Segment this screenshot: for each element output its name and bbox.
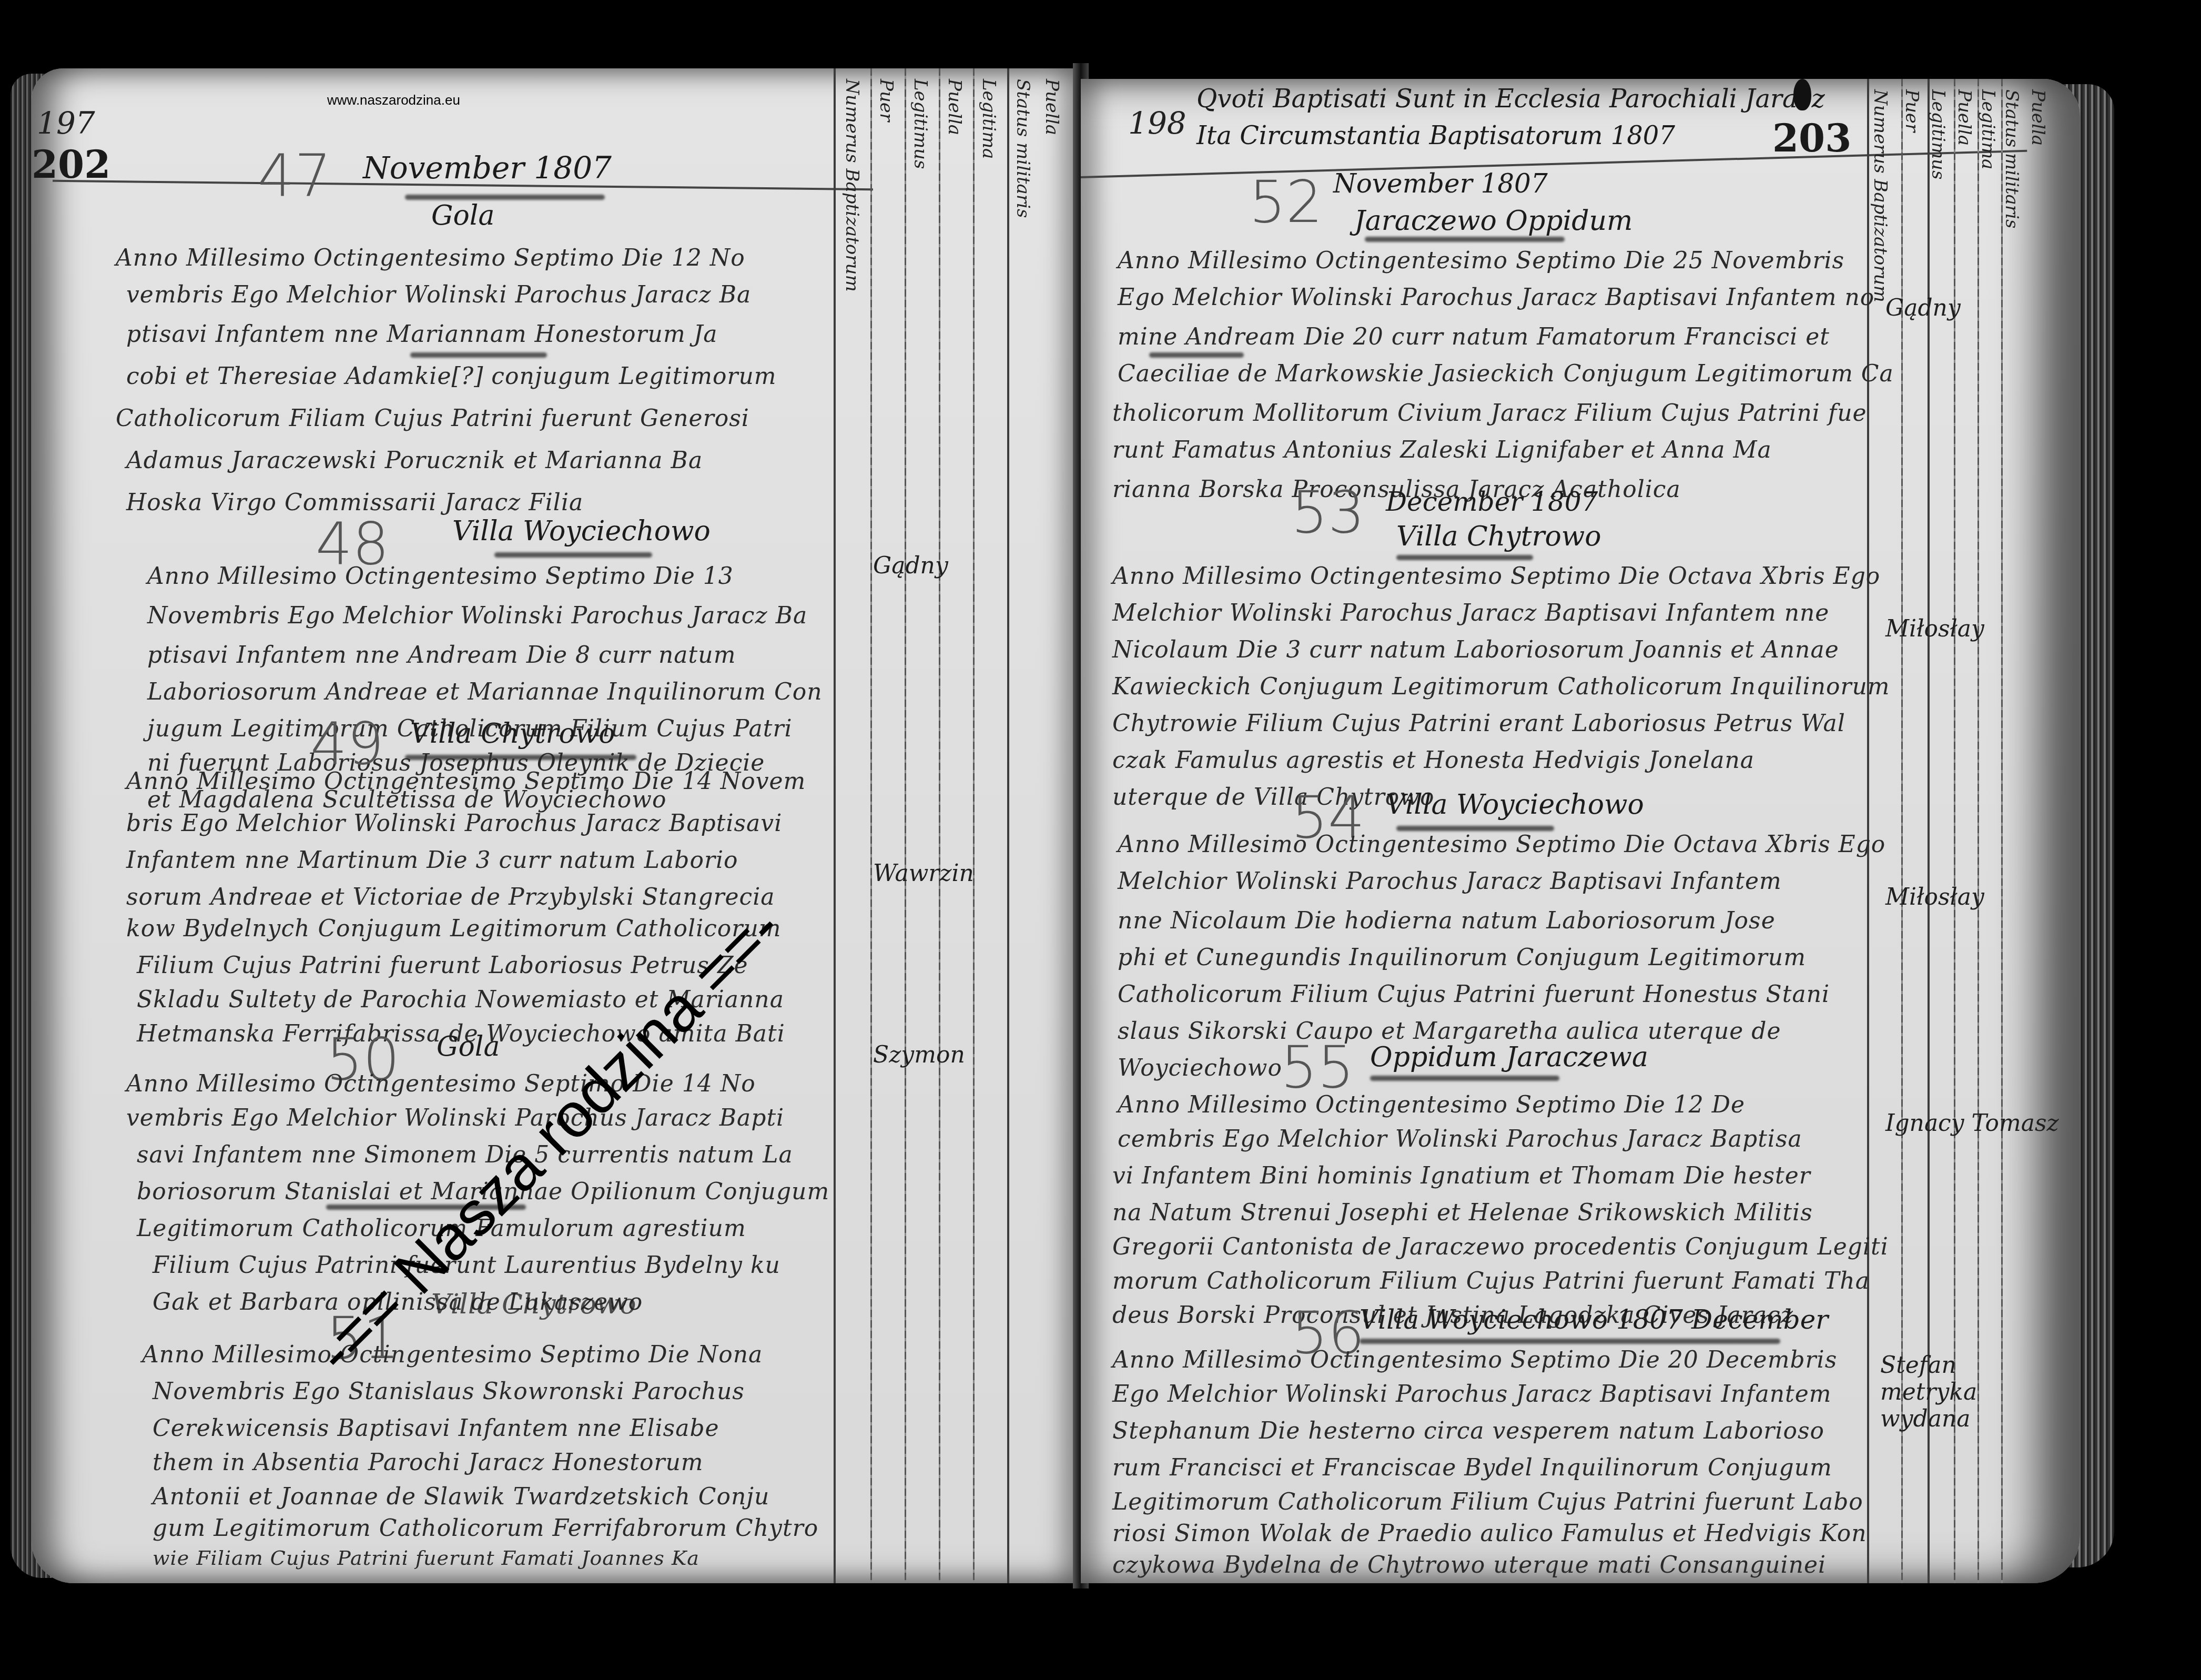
margin-name: Miłosłay: [1885, 884, 1984, 910]
entry-heading: December 1807: [1386, 487, 1598, 517]
entry-line: runt Famatus Antonius Zaleski Lignifaber…: [1112, 437, 1772, 463]
underline: [410, 352, 547, 358]
entry-place: Gola: [437, 1031, 500, 1062]
entry-line: Adamus Jaraczewski Porucznik et Marianna…: [126, 447, 703, 474]
entry-line: Anno Millesimo Octingentesimo Septimo Di…: [1112, 1347, 1837, 1373]
page-title-line-2: Ita Circumstantia Baptisatorum 1807: [1196, 121, 1675, 150]
register-scan: Numerus Baptizatorum Puer Legitimus Puel…: [0, 0, 2201, 1680]
entry-line: Anno Millesimo Octingentesimo Septimo Di…: [142, 1341, 763, 1368]
entry-line: Anno Millesimo Octingentesimo Septimo Di…: [1118, 831, 1885, 858]
margin-name: Wawrzin: [873, 860, 974, 887]
entry-line: czak Famulus agrestis et Honesta Hedvigi…: [1112, 747, 1754, 774]
entry-line: Chytrowie Filium Cujus Patrini erant Lab…: [1112, 710, 1845, 737]
entry-line: vembris Ego Melchior Wolinski Parochus J…: [126, 1105, 784, 1131]
entry-line: Melchior Wolinski Parochus Jaracz Baptis…: [1118, 868, 1782, 895]
entry-line: Antonii et Joannae de Slawik Twardzetski…: [153, 1483, 769, 1510]
underline: [405, 755, 636, 760]
margin-name: Gądny: [873, 552, 948, 579]
entry-place: Jaraczewo Oppidum: [1354, 205, 1632, 237]
entry-line: ptisavi Infantem nne Andream Die 8 curr …: [147, 642, 736, 669]
column-header: Status militaris: [1012, 79, 1033, 218]
entry-line: Anno Millesimo Octingentesimo Septimo Di…: [1118, 247, 1844, 274]
margin-name: Stefan metryka wydana: [1880, 1352, 1996, 1432]
column-header: Puella: [944, 79, 965, 135]
entry-number: 52: [1249, 168, 1323, 236]
entry-number: 53: [1291, 479, 1365, 546]
entry-line: riosi Simon Wolak de Praedio aulico Famu…: [1112, 1520, 1867, 1547]
entry-place: Oppidum Jaraczewa: [1370, 1041, 1648, 1073]
column-rule: [939, 68, 940, 1583]
entry-line: savi Infantem nne Simonem Die 5 currenti…: [137, 1141, 793, 1168]
entry-place: Villa Chytrowo: [1396, 521, 1601, 552]
column-rule: [834, 68, 836, 1583]
entry-line: ptisavi Infantem nne Mariannam Honestoru…: [126, 321, 718, 348]
right-page: Numerus Baptizatorum Puer Legitimus Puel…: [1081, 79, 2080, 1583]
margin-name: Ignacy Tomasz: [1885, 1110, 2059, 1137]
column-header: Legitimus: [1928, 89, 1949, 179]
entry-line: cobi et Theresiae Adamkie[?] conjugum Le…: [126, 363, 777, 390]
entry-line: rum Francisci et Franciscae Bydel Inquil…: [1112, 1454, 1832, 1481]
entry-place: Villa Woyciechowo: [1386, 789, 1644, 821]
margin-name: Szymon: [873, 1041, 965, 1068]
entry-line: Anno Millesimo Octingentesimo Septimo Di…: [1112, 563, 1880, 590]
entry-line: Novembris Ego Stanislaus Skowronski Paro…: [153, 1378, 745, 1405]
entry-heading: November 1807: [1333, 168, 1548, 199]
entry-line: nne Nicolaum Die hodierna natum Laborios…: [1118, 907, 1776, 934]
entry-line: bris Ego Melchior Wolinski Parochus Jara…: [126, 810, 782, 837]
column-header: Puella: [2027, 89, 2048, 146]
entry-line: phi et Cunegundis Inquilinorum Conjugum …: [1118, 944, 1806, 971]
entry-place: Villa Chytrowo: [431, 1289, 636, 1320]
underline: [405, 195, 605, 200]
entry-line: them in Absentia Parochi Jaracz Honestor…: [153, 1449, 704, 1476]
page-number-new: 203: [1772, 116, 1851, 160]
entry-line: Anno Millesimo Octingentesimo Septimo Di…: [126, 768, 806, 795]
entry-line: kow Bydelnych Conjugum Legitimorum Catho…: [126, 915, 781, 942]
entry-line: sorum Andreae et Victoriae de Przybylski…: [126, 884, 775, 910]
entry-place: Villa Woyciechowo: [452, 515, 711, 547]
column-header: Puella: [1041, 79, 1062, 135]
entry-number: 49: [310, 710, 384, 777]
column-rule: [2001, 79, 2003, 1583]
entry-line: wie Filiam Cujus Patrini fuerunt Famati …: [153, 1546, 699, 1570]
ink-blot: [1793, 79, 1811, 110]
entry-line: Anno Millesimo Octingentesimo Septimo Di…: [1118, 1091, 1745, 1118]
page-number-old: 197: [37, 105, 95, 141]
entry-number: 55: [1281, 1034, 1354, 1101]
column-header: Puella: [1954, 89, 1975, 146]
entry-number: 47: [258, 142, 331, 209]
page-title-line-1: Qvoti Baptisati Sunt in Ecclesia Parochi…: [1196, 84, 1825, 114]
entry-place: Villa Chytrowo: [410, 718, 615, 750]
column-rule: [1007, 68, 1009, 1583]
column-rule: [905, 68, 906, 1583]
entry-line: gum Legitimorum Catholicorum Ferrifabror…: [153, 1515, 818, 1542]
page-number-old: 198: [1128, 105, 1186, 141]
underline: [1365, 237, 1565, 242]
underline: [1396, 555, 1533, 560]
underline: [1370, 1076, 1559, 1081]
entry-line: czykowa Bydelna de Chytrowo uterque mati…: [1112, 1552, 1826, 1578]
entry-line: vi Infantem Bini hominis Ignatium et Tho…: [1112, 1162, 1811, 1189]
column-header: Legitima: [978, 79, 999, 159]
entry-line: Anno Millesimo Octingentesimo Septimo Di…: [116, 245, 745, 271]
margin-name: Gądny: [1885, 295, 1961, 321]
entry-line: morum Catholicorum Filium Cujus Patrini …: [1112, 1268, 1870, 1294]
entry-line: Kawieckich Conjugum Legitimorum Catholic…: [1112, 673, 1890, 700]
margin-name: Miłosłay: [1885, 615, 1984, 642]
entry-line: Anno Millesimo Octingentesimo Septimo Di…: [147, 563, 734, 590]
column-rule: [973, 68, 975, 1583]
underline: [494, 552, 652, 558]
entry-line: Laboriosorum Andreae et Mariannae Inquil…: [147, 679, 823, 705]
entry-line: Legitimorum Catholicorum Filium Cujus Pa…: [1112, 1489, 1863, 1515]
underline: [1396, 826, 1554, 831]
entry-line: na Natum Strenui Josephi et Helenae Srik…: [1112, 1199, 1813, 1226]
column-header: Legitima: [1977, 89, 1999, 169]
column-header: Numerus Baptizatorum: [841, 79, 863, 292]
entry-line: Catholicorum Filium Cujus Patrini fuerun…: [1118, 981, 1830, 1008]
column-header: Puer: [876, 79, 897, 122]
column-header: Status militaris: [2001, 89, 2022, 228]
entry-line: vembris Ego Melchior Wolinski Parochus J…: [126, 281, 751, 308]
entry-line: Woyciechowo: [1118, 1055, 1282, 1081]
page-number-new: 202: [32, 142, 110, 187]
entry-line: cembris Ego Melchior Wolinski Parochus J…: [1118, 1126, 1802, 1152]
entry-heading: November 1807: [363, 150, 612, 186]
entry-line: tholicorum Mollitorum Civium Jaracz Fili…: [1112, 400, 1867, 427]
column-header: Numerus Baptizatorum: [1870, 89, 1891, 302]
column-header: Legitimus: [910, 79, 931, 169]
underline: [1360, 1339, 1780, 1344]
entry-line: Caeciliae de Markowskie Jasieckich Conju…: [1118, 360, 1894, 387]
entry-line: mine Andream Die 20 curr natum Famatorum…: [1118, 323, 1830, 350]
entry-line: Stephanum Die hesterno circa vesperem na…: [1112, 1418, 1824, 1444]
entry-line: Cerekwicensis Baptisavi Infantem nne Eli…: [153, 1415, 719, 1442]
entry-line: Ego Melchior Wolinski Parochus Jaracz Ba…: [1118, 284, 1874, 311]
left-page: Numerus Baptizatorum Puer Legitimus Puel…: [32, 68, 1078, 1583]
entry-heading: Villa Woyciechowo 1807 December: [1360, 1304, 1828, 1335]
entry-line: slaus Sikorski Caupo et Margaretha aulic…: [1118, 1018, 1781, 1045]
entry-line: Filium Cujus Patrini fuerunt Laboriosus …: [137, 952, 748, 979]
entry-line: Gregorii Cantonista de Jaraczewo procede…: [1112, 1233, 1889, 1260]
entry-place: Gola: [431, 200, 494, 231]
site-url-watermark: www.naszarodzina.eu: [327, 92, 460, 108]
entry-line: Catholicorum Filiam Cujus Patrini fuerun…: [116, 405, 749, 432]
entry-line: Ego Melchior Wolinski Parochus Jaracz Ba…: [1112, 1381, 1831, 1408]
entry-line: Melchior Wolinski Parochus Jaracz Baptis…: [1112, 600, 1829, 626]
entry-line: Nicolaum Die 3 curr natum Laboriosorum J…: [1112, 636, 1839, 663]
entry-line: Infantem nne Martinum Die 3 curr natum L…: [126, 847, 738, 874]
underline: [1149, 352, 1244, 358]
column-header: Puer: [1901, 89, 1922, 132]
column-rule: [870, 68, 872, 1583]
entry-line: Novembris Ego Melchior Wolinski Parochus…: [147, 602, 807, 629]
